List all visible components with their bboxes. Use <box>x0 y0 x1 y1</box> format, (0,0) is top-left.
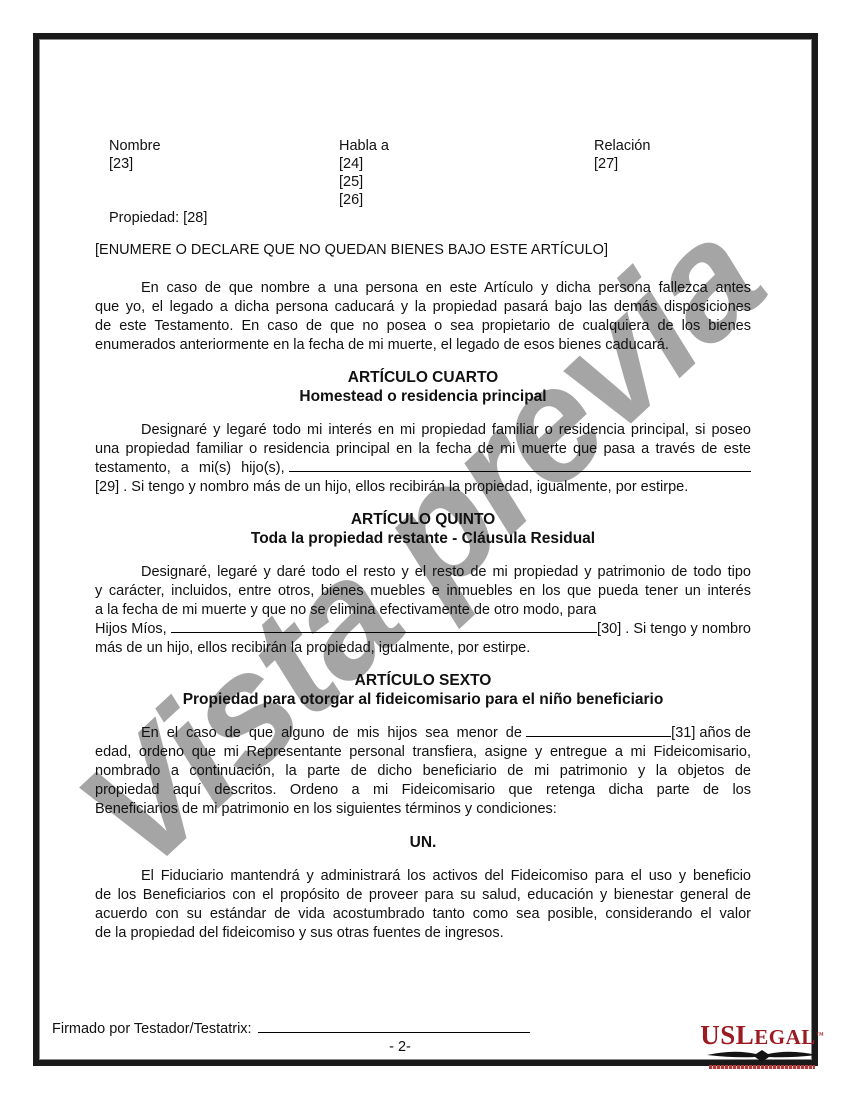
article-subtitle: Toda la propiedad restante - Cláusula Re… <box>95 529 751 548</box>
paragraph: En el caso de que alguno de mis hijos se… <box>95 724 751 819</box>
placeholder-value: [27] <box>594 155 751 173</box>
placeholder-value: [26] <box>339 191 594 209</box>
paragraph: El Fiduciario mantendrá y administrará l… <box>95 867 751 943</box>
document-line: El Fiduciario mantendrá y administrará l… <box>95 867 751 886</box>
document-line: que yo, el legado a dicha persona caduca… <box>95 298 751 317</box>
document-line: Designaré, legaré y daré todo el resto y… <box>95 563 751 582</box>
beneficiary-column: Nombre[23] <box>109 137 339 209</box>
document-line: a la fecha de mi muerte y que no se elim… <box>95 601 751 620</box>
column-header: Nombre <box>109 137 339 155</box>
eagle-wings-icon <box>692 1049 832 1063</box>
document-line: enumerados anteriormente en la fecha de … <box>95 336 751 355</box>
text-run: [30] . Si tengo y nombro <box>597 620 751 639</box>
paragraph: Designaré y legaré todo mi interés en mi… <box>95 421 751 497</box>
page-number: - 2- <box>95 1039 705 1055</box>
document-line: Hijos Míos,[30] . Si tengo y nombro <box>95 620 751 639</box>
article-heading: ARTÍCULO CUARTOHomestead o residencia pr… <box>95 368 751 406</box>
placeholder-value: [23] <box>109 155 339 173</box>
text-run: [31] años de <box>671 724 751 743</box>
article-heading: ARTÍCULO SEXTOPropiedad para otorgar al … <box>95 671 751 709</box>
text-run: testamento, a mi(s) hijo(s), <box>95 459 285 478</box>
document-content: Nombre[23]Habla a[24][25][26]Relación[27… <box>95 137 751 943</box>
article-title: ARTÍCULO SEXTO <box>95 671 751 690</box>
document-line: edad, ordeno que mi Representante person… <box>95 743 751 762</box>
article-title: ARTÍCULO CUARTO <box>95 368 751 387</box>
document-line: una propiedad familiar o residencia prin… <box>95 440 751 459</box>
document-line: Designaré y legaré todo mi interés en mi… <box>95 421 751 440</box>
signature-blank-underline <box>258 1030 530 1033</box>
uslegal-logo: USLEGAL™ <box>692 1023 832 1069</box>
beneficiary-column: Relación[27] <box>594 137 751 209</box>
document-line: testamento, a mi(s) hijo(s), <box>95 459 751 478</box>
article-section: ARTÍCULO CUARTOHomestead o residencia pr… <box>95 368 751 497</box>
placeholder-value: [24] <box>339 155 594 173</box>
articles-container: ARTÍCULO CUARTOHomestead o residencia pr… <box>95 368 751 943</box>
beneficiary-column: Habla a[24][25][26] <box>339 137 594 209</box>
article-section: ARTÍCULO SEXTOPropiedad para otorgar al … <box>95 671 751 943</box>
document-line: de los Beneficiarios con el propósito de… <box>95 886 751 905</box>
document-line: En caso de que nombre a una persona en e… <box>95 279 751 298</box>
blank-underline <box>171 630 597 633</box>
blank-underline <box>526 734 671 737</box>
article-heading: ARTÍCULO QUINTOToda la propiedad restant… <box>95 510 751 548</box>
document-line: de este Testamento. En caso de que no po… <box>95 317 751 336</box>
logo-text-secondary: EGAL <box>754 1025 816 1049</box>
clause-heading: UN. <box>95 833 751 852</box>
document-line: y carácter, incluidos, entre otros, bien… <box>95 582 751 601</box>
intro-paragraph: En caso de que nombre a una persona en e… <box>95 279 751 355</box>
placeholder-value: [25] <box>339 173 594 191</box>
document-line: Beneficiarios de mi patrimonio en los si… <box>95 800 751 819</box>
article-subtitle: Homestead o residencia principal <box>95 387 751 406</box>
notice-line: [ENUMERE O DECLARE QUE NO QUEDAN BIENES … <box>95 241 751 260</box>
document-line: [29] . Si tengo y nombro más de un hijo,… <box>95 478 751 497</box>
document-line: propiedad aquí descritos. Ordeno a mi Fi… <box>95 781 751 800</box>
trademark-symbol: ™ <box>816 1031 824 1040</box>
property-line: Propiedad: [28] <box>95 209 751 228</box>
document-page: Vista previa Nombre[23]Habla a[24][25][2… <box>0 0 850 1100</box>
document-line: más de un hijo, ellos recibirán la propi… <box>95 639 751 658</box>
article-title: ARTÍCULO QUINTO <box>95 510 751 529</box>
logo-text-primary: USL <box>700 1020 754 1050</box>
article-section: ARTÍCULO QUINTOToda la propiedad restant… <box>95 510 751 658</box>
uslegal-tagline-strip <box>709 1065 815 1069</box>
signature-row: Firmado por Testador/Testatrix: <box>52 1020 530 1039</box>
article-subtitle: Propiedad para otorgar al fideicomisario… <box>95 690 751 709</box>
document-line: En el caso de que alguno de mis hijos se… <box>95 724 751 743</box>
text-run: En el caso de que alguno de mis hijos se… <box>141 724 522 743</box>
document-line: nombrado a continuación, la parte de dic… <box>95 762 751 781</box>
uslegal-wordmark: USLEGAL™ <box>692 1023 832 1052</box>
paragraph: Designaré, legaré y daré todo el resto y… <box>95 563 751 658</box>
signature-label: Firmado por Testador/Testatrix: <box>52 1021 252 1037</box>
text-run: Hijos Míos, <box>95 620 167 639</box>
column-header: Relación <box>594 137 751 155</box>
column-header: Habla a <box>339 137 594 155</box>
document-line: acuerdo con su estándar de vida acostumb… <box>95 905 751 924</box>
beneficiary-table: Nombre[23]Habla a[24][25][26]Relación[27… <box>95 137 751 209</box>
document-line: de la propiedad del fideicomiso y sus ot… <box>95 924 751 943</box>
blank-underline <box>289 469 751 472</box>
